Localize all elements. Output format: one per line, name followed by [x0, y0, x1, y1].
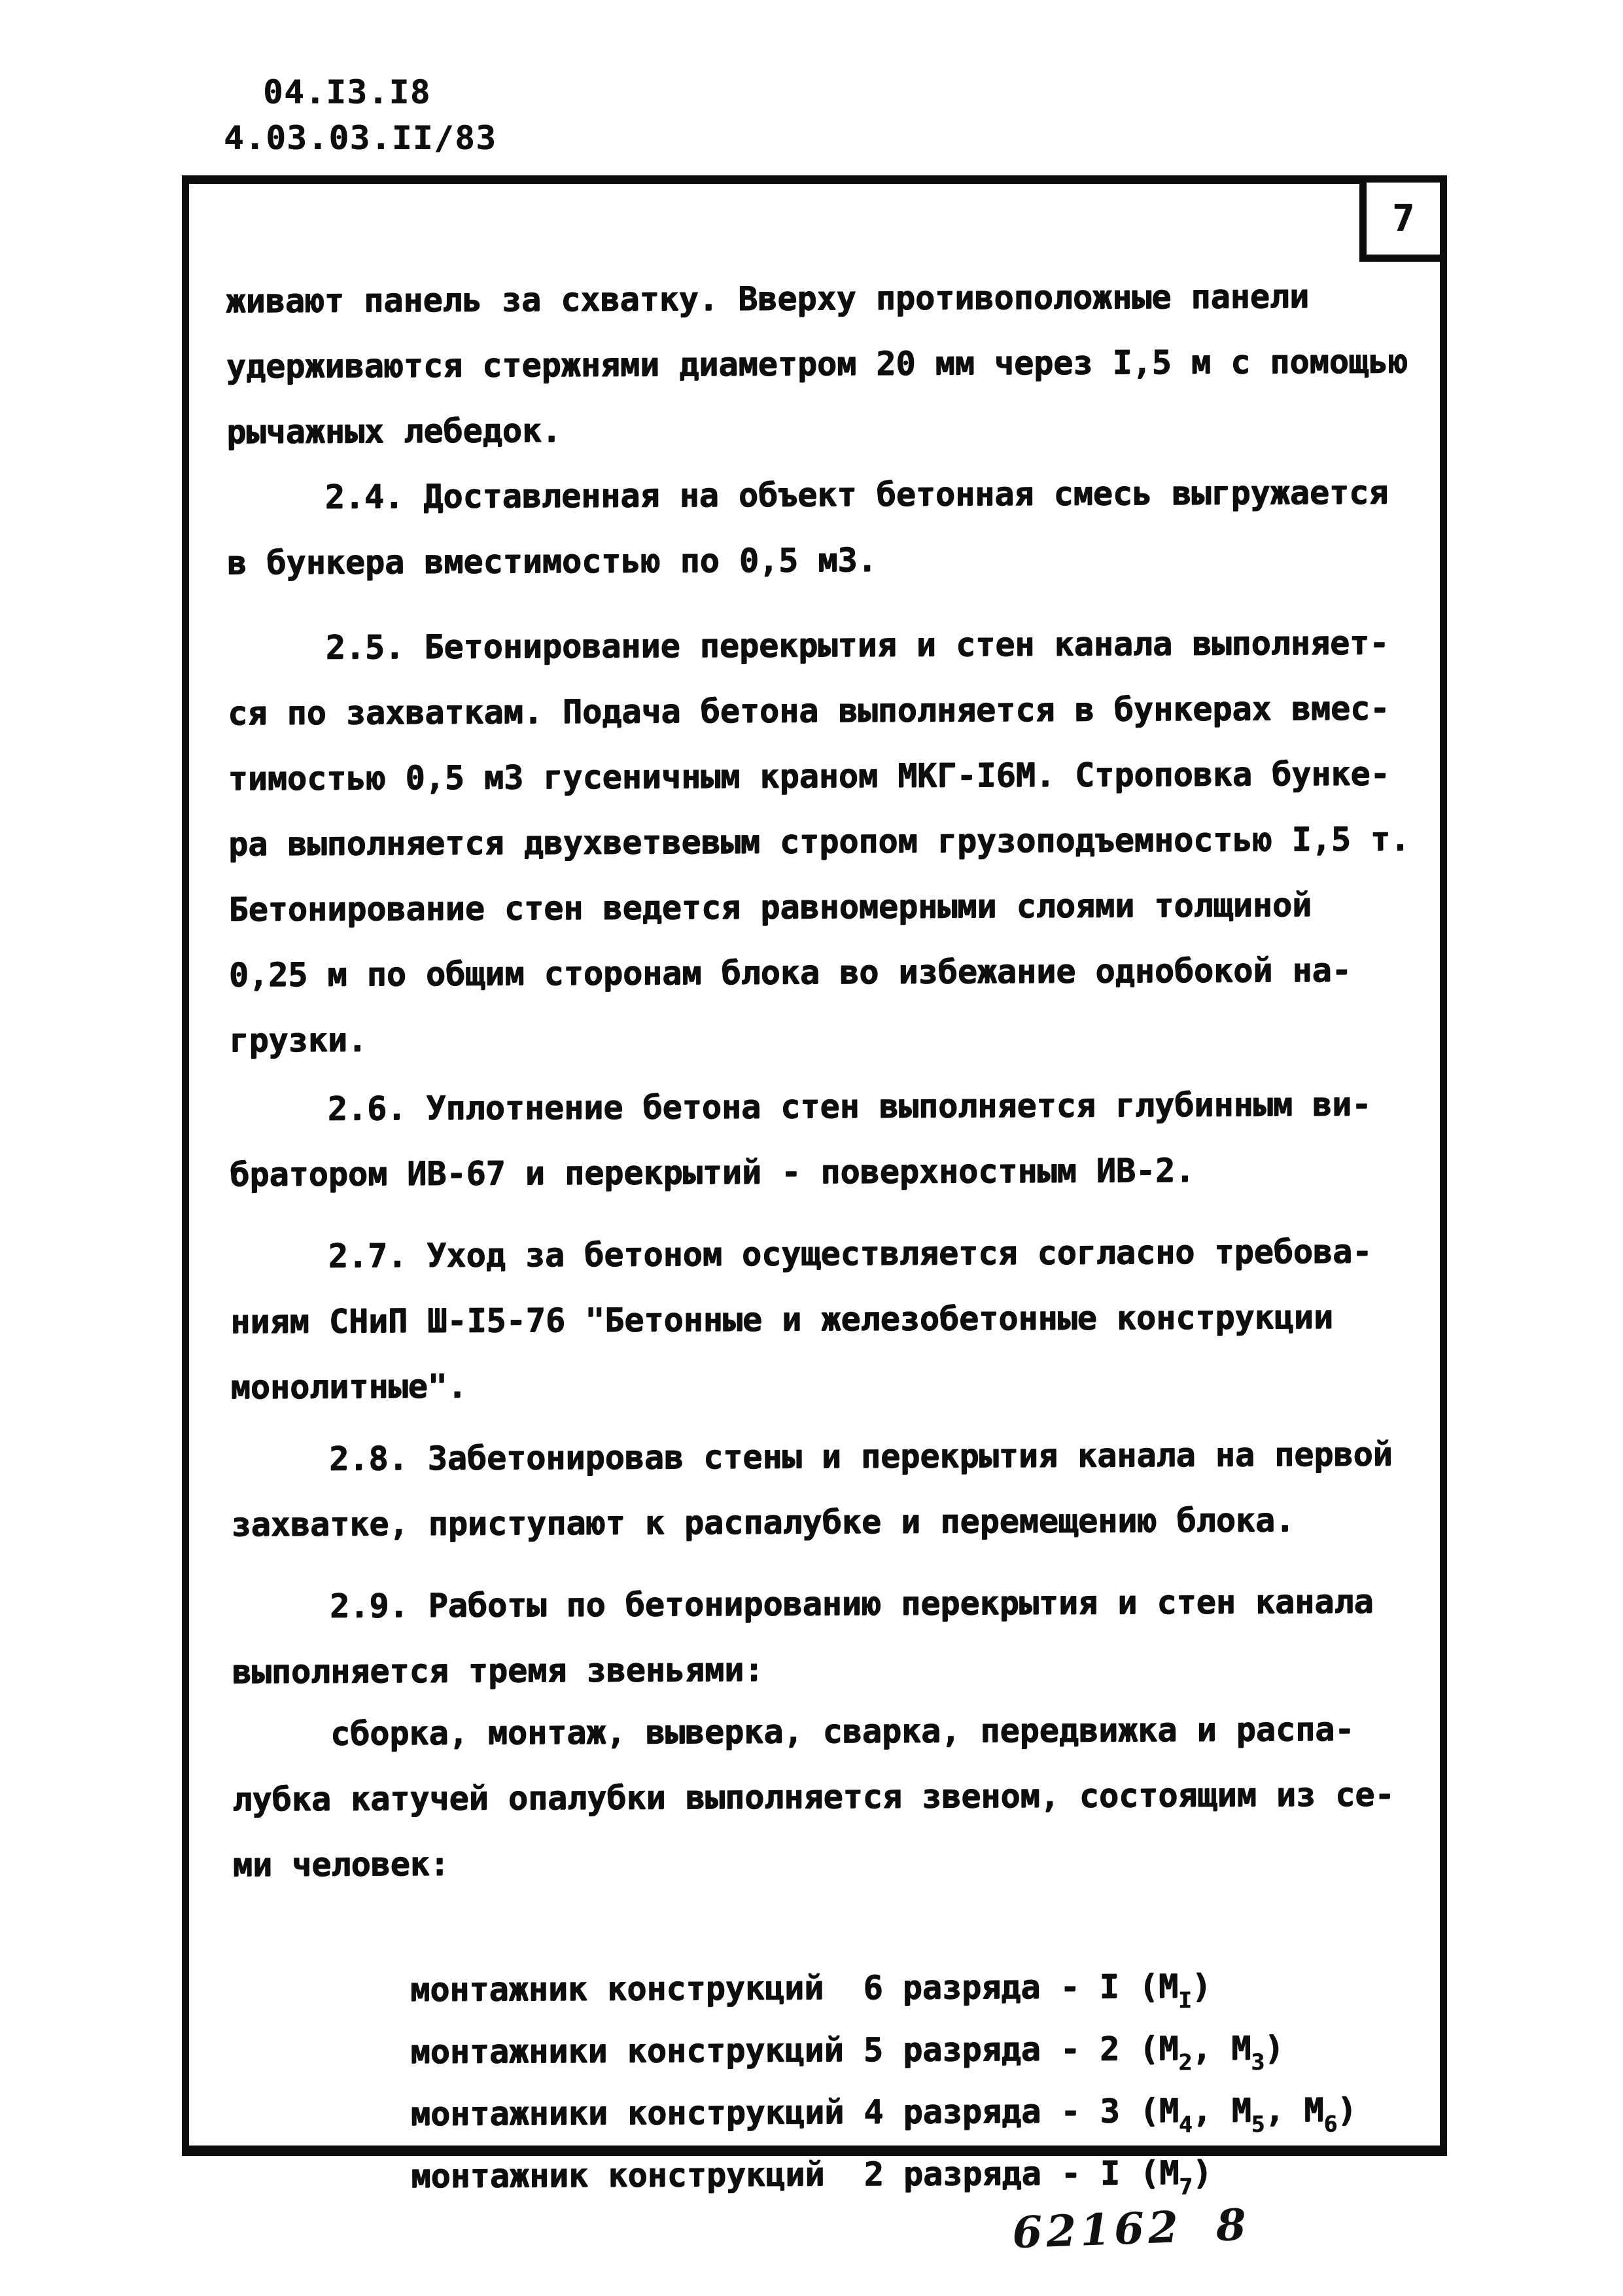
roster-line: монтажник конструкций 6 разряда - I (МI) [233, 1892, 1420, 1960]
page-number: 7 [1392, 198, 1414, 240]
text-line: ра выполняется двухветвевым стропом груз… [228, 806, 1416, 877]
text-line: ниям СНиП Ш-I5-76 "Бетонные и железобето… [230, 1284, 1418, 1354]
paragraph-start-line: 2.9. Работы по бетонированию перекрытия … [232, 1568, 1419, 1639]
paragraph-start-line: 2.8. Забетонировав стены и перекрытия ка… [231, 1421, 1418, 1492]
roster-segment: , М [1192, 2091, 1251, 2129]
text-line: лубка катучей опалубки выполняется звено… [232, 1761, 1420, 1832]
text-line: удерживаются стержнями диаметром 20 мм ч… [226, 328, 1413, 399]
text-line: ми человек: [232, 1827, 1420, 1898]
text-line: тимостью 0,5 м3 гусеничным краном МКГ-I6… [228, 741, 1415, 811]
text-line: живают панель за схватку. Вверху противо… [226, 263, 1413, 334]
text-line: братором ИВ-67 и перекрытий - поверхност… [230, 1137, 1417, 1207]
roster-segment: ) [1264, 2029, 1283, 2067]
roster-segment: монтажники конструкций 4 разряда - 3 (М [411, 2092, 1179, 2133]
scanned-document-page: { "page": { "code_top": "04.I3.I8", "cod… [0, 0, 1623, 2296]
m-subscript: 2 [1178, 2050, 1192, 2076]
m-subscript: I [1178, 1988, 1192, 2014]
footer-handwritten: 621628 [971, 2148, 1251, 2260]
roster-segment: монтажник конструкций 6 разряда - I (М [410, 1968, 1178, 2009]
roster-segment: ) [1337, 2091, 1357, 2128]
doc-code-line1: 04.I3.I8 [263, 73, 431, 111]
paragraph-start-line: 2.5. Бетонирование перекрытия и стен кан… [227, 610, 1414, 680]
m-subscript: 6 [1323, 2111, 1337, 2138]
page-number-box: 7 [1359, 175, 1447, 262]
paragraph-start-line: сборка, монтаж, выверка, сварка, передви… [232, 1696, 1420, 1767]
text-line: выполняется тремя звеньями: [232, 1634, 1419, 1704]
roster-segment: ) [1191, 1967, 1211, 2005]
m-subscript: 4 [1179, 2112, 1193, 2138]
roster-segment: , М [1192, 2029, 1251, 2067]
text-line: захватке, приступают к распалубке и пере… [231, 1487, 1418, 1557]
paragraph-start-line: 2.7. Уход за бетоном осуществляется согл… [230, 1218, 1417, 1289]
text-line: монолитные". [230, 1349, 1418, 1420]
text-line: рычажных лебедок. [226, 394, 1414, 465]
text-line: ся по захваткам. Подача бетона выполняет… [228, 675, 1415, 746]
roster-segment: монтажники конструкций 5 разряда - 2 (М [410, 2030, 1178, 2071]
m-subscript: 3 [1251, 2049, 1265, 2075]
text-line: в бункера вместимостью по 0,5 м3. [227, 525, 1414, 595]
paragraph-start-line: 2.4. Доставленная на объект бетонная сме… [226, 459, 1414, 530]
roster-segment: , М [1265, 2091, 1324, 2129]
paragraph-start-line: 2.6. Уплотнение бетона стен выполняется … [229, 1071, 1416, 1142]
m-subscript: 5 [1251, 2111, 1265, 2138]
handwritten-number: 62162 [1011, 2201, 1183, 2258]
body-text: живают панель за схватку. Вверху противо… [226, 263, 1422, 2146]
text-line: 0,25 м по общим сторонам блока во избежа… [228, 937, 1416, 1008]
text-line: грузки. [229, 1002, 1416, 1073]
text-line: Бетонирование стен ведется равномерными … [228, 872, 1416, 942]
doc-code-line2: 4.03.03.II/83 [224, 119, 497, 157]
handwritten-page: 8 [1215, 2199, 1251, 2252]
